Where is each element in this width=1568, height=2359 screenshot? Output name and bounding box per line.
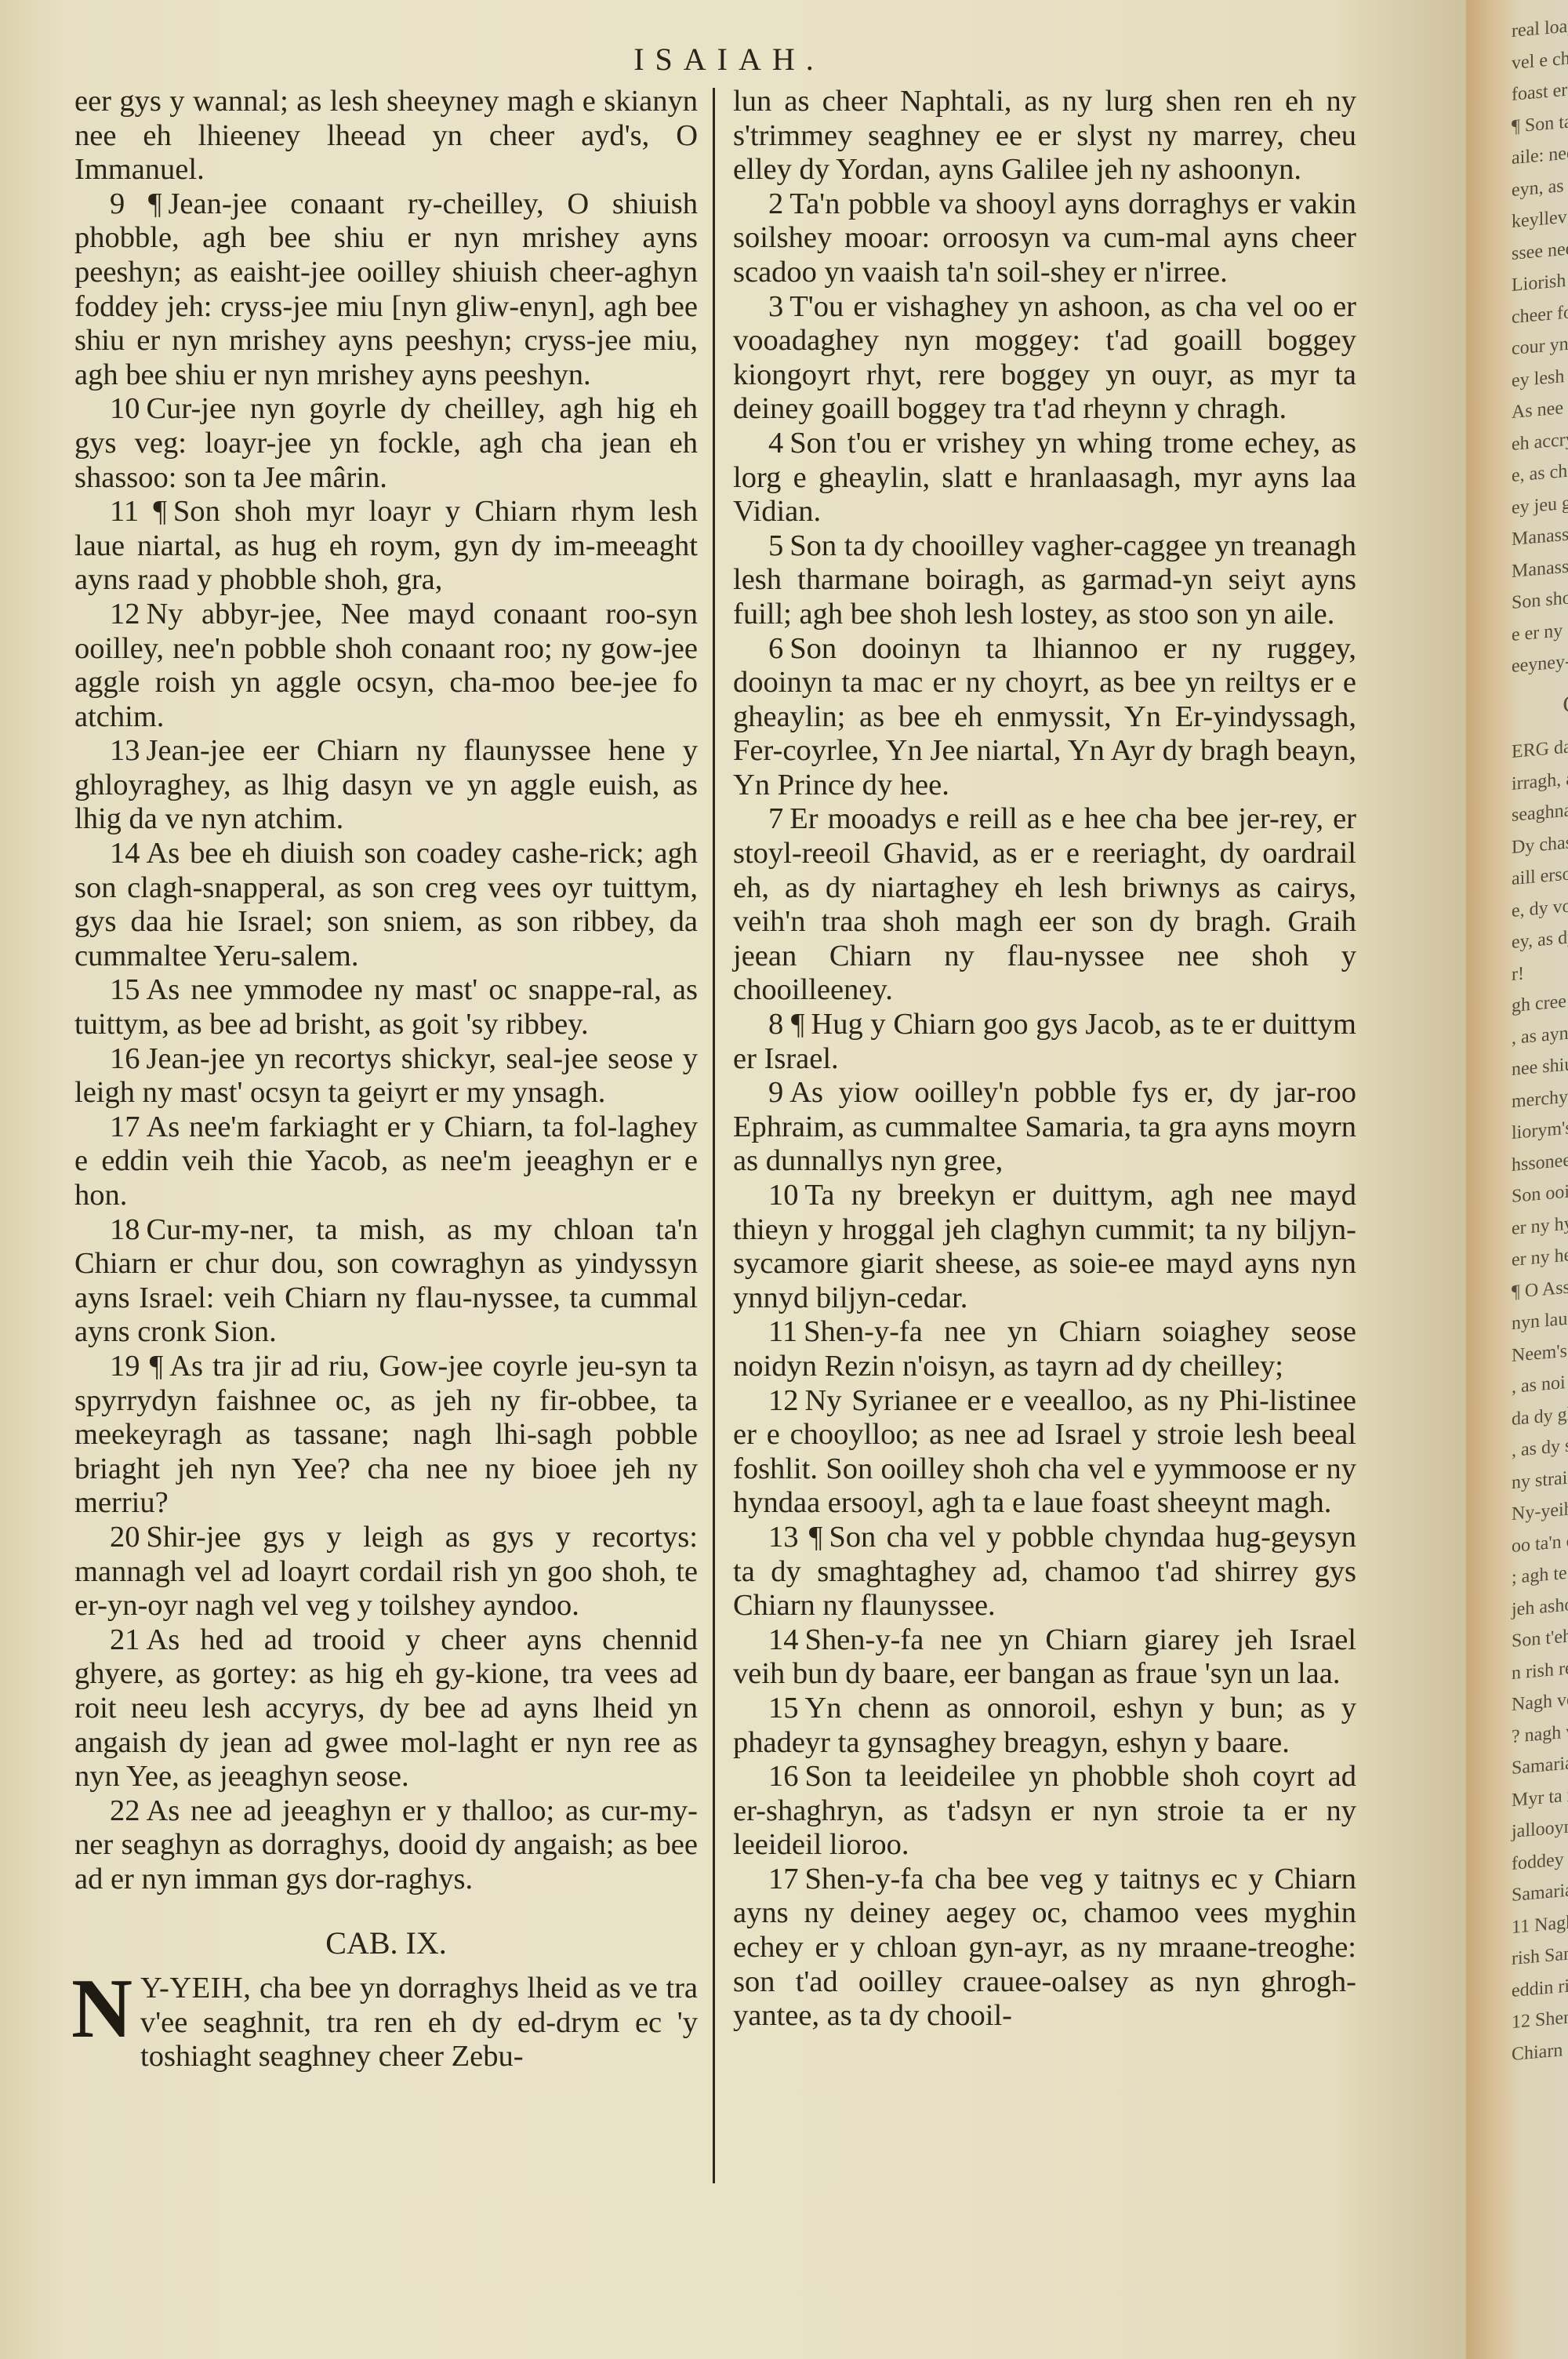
verse: 13 ¶Son cha vel y pobble chyndaa hug-gey… xyxy=(733,1521,1356,1623)
verse: 2Ta'n pobble va shooyl ayns dorraghys er… xyxy=(733,187,1356,290)
verse: 9 ¶Jean-jee conaant ry-cheilley, O shiui… xyxy=(74,187,698,393)
verse: 10Ta ny breekyn er duittym, agh nee mayd… xyxy=(733,1179,1356,1315)
verse-number: 11 ¶ xyxy=(110,495,167,528)
verse-number: 20 xyxy=(110,1521,140,1554)
next-page-chapter-heading: CAB. xyxy=(1512,680,1568,725)
verse-text: Shen-y-fa nee yn Chiarn giarey jeh Israe… xyxy=(733,1623,1356,1691)
verse-number: 5 xyxy=(768,529,783,562)
verse: 14As bee eh diuish son coadey cashe-rick… xyxy=(74,837,698,973)
verse-text: Ny Syrianee er e veealloo, as ny Phi-lis… xyxy=(733,1384,1356,1520)
verse: 9As yiow ooilley'n pobble fys er, dy jar… xyxy=(733,1076,1356,1179)
verse-number: 3 xyxy=(768,290,783,323)
verse-text: Son t'ou er vrishey yn whing trome echey… xyxy=(733,427,1356,528)
verse-text: Hug y Chiarn goo gys Jacob, as te er dui… xyxy=(733,1008,1356,1075)
verse: 8 ¶Hug y Chiarn goo gys Jacob, as te er … xyxy=(733,1008,1356,1076)
verse: 11 ¶Son shoh myr loayr y Chiarn rhym les… xyxy=(74,495,698,598)
verse-text: As yiow ooilley'n pobble fys er, dy jar-… xyxy=(733,1076,1356,1177)
verse: 6Son dooinyn ta lhiannoo er ny ruggey, d… xyxy=(733,632,1356,803)
chapter-heading: CAB. IX. xyxy=(74,1926,698,1961)
chapter-opening: N Y-YEIH, cha bee yn dorraghys lheid as … xyxy=(74,1972,698,2074)
verse: 19 ¶As tra jir ad riu, Gow-jee coyrle je… xyxy=(74,1350,698,1521)
verse-number: 7 xyxy=(768,802,783,835)
verse-text: As nee ad jeeaghyn er y thalloo; as cur-… xyxy=(74,1794,698,1896)
verse-text: As tra jir ad riu, Gow-jee coyrle jeu-sy… xyxy=(74,1350,698,1519)
verse-number: 17 xyxy=(768,1863,799,1896)
verse-number: 19 ¶ xyxy=(110,1350,163,1383)
verse-text: Shir-jee gys y leigh as gys y recortys: … xyxy=(74,1521,698,1622)
verse-number: 9 xyxy=(768,1076,783,1109)
verse-number: 2 xyxy=(768,187,783,220)
verse: 22As nee ad jeeaghyn er y thalloo; as cu… xyxy=(74,1794,698,1897)
verse: 17As nee'm farkiaght er y Chiarn, ta fol… xyxy=(74,1110,698,1213)
verse: 20Shir-jee gys y leigh as gys y recortys… xyxy=(74,1521,698,1623)
verse-text: Cur-my-ner, ta mish, as my chloan ta'n C… xyxy=(74,1213,698,1349)
verse-number: 8 ¶ xyxy=(768,1008,804,1041)
verse-number: 6 xyxy=(768,632,783,665)
verse-text: As nee'm farkiaght er y Chiarn, ta fol-l… xyxy=(74,1110,698,1212)
book-page: ISAIAH. eer gys y wannal; as lesh sheeyn… xyxy=(0,0,1466,2359)
verse-text: Son ta dy chooilley vagher-caggee yn tre… xyxy=(733,529,1356,631)
opening-smallcaps: Y-YEIH, xyxy=(140,1972,251,2005)
running-head: ISAIAH. xyxy=(612,41,847,78)
verse: 4Son t'ou er vrishey yn whing trome eche… xyxy=(733,427,1356,529)
drop-cap: N xyxy=(71,1975,132,2044)
verse: 3T'ou er vishaghey yn ashoon, as cha vel… xyxy=(733,290,1356,427)
verse: 12Ny abbyr-jee, Nee mayd conaant roo-syn… xyxy=(74,598,698,734)
verse: 15As nee ymmodee ny mast' oc snappe-ral,… xyxy=(74,973,698,1041)
verse-number: 18 xyxy=(110,1213,140,1246)
verse-text: Ny abbyr-jee, Nee mayd conaant roo-syn o… xyxy=(74,598,698,733)
verse: 7Er mooadys e reill as e hee cha bee jer… xyxy=(733,802,1356,1008)
next-page-line: real loayrt xyxy=(1512,2,1568,48)
next-page-text: real loayrt vel e chorree chyfoast er ny… xyxy=(1512,2,1568,2070)
verse-number: 12 xyxy=(110,598,140,631)
verse-text: Cur-jee nyn goyrle dy cheilley, agh hig … xyxy=(74,392,698,493)
verse: 15Yn chenn as onnoroil, eshyn y bun; as … xyxy=(733,1692,1356,1760)
verse-number: 22 xyxy=(110,1794,140,1827)
verse-text: T'ou er vishaghey yn ashoon, as cha vel … xyxy=(733,290,1356,426)
verse-text: Jean-jee conaant ry-cheilley, O shiuish … xyxy=(74,187,698,391)
verse: 16Jean-jee yn recortys shickyr, seal-jee… xyxy=(74,1042,698,1110)
verse: 13Jean-jee eer Chiarn ny flaunyssee hene… xyxy=(74,734,698,837)
verse-continuation: lun as cheer Naphtali, as ny lurg shen r… xyxy=(733,85,1356,187)
verse-text: Son shoh myr loayr y Chiarn rhym lesh la… xyxy=(74,495,698,596)
verse-number: 9 ¶ xyxy=(110,187,162,220)
verse: 17Shen-y-fa cha bee veg y taitnys ec y C… xyxy=(733,1863,1356,2034)
verse: 5Son ta dy chooilley vagher-caggee yn tr… xyxy=(733,529,1356,632)
verse-number: 13 xyxy=(110,734,140,767)
verse: 12Ny Syrianee er e veealloo, as ny Phi-l… xyxy=(733,1384,1356,1521)
verse-number: 12 xyxy=(768,1384,799,1417)
right-column: lun as cheer Naphtali, as ny lurg shen r… xyxy=(733,85,1356,2034)
verse-text: Ta ny breekyn er duittym, agh nee mayd t… xyxy=(733,1179,1356,1314)
verse-text: Son cha vel y pobble chyndaa hug-geysyn … xyxy=(733,1521,1356,1622)
verse-number: 16 xyxy=(110,1042,140,1075)
verse-number: 10 xyxy=(110,392,140,425)
verse-text: Yn chenn as onnoroil, eshyn y bun; as y … xyxy=(733,1692,1356,1759)
verse: 11Shen-y-fa nee yn Chiarn soiaghey seose… xyxy=(733,1315,1356,1383)
verse-number: 14 xyxy=(768,1623,799,1656)
verse-text: As nee ymmodee ny mast' oc snappe-ral, a… xyxy=(74,973,698,1041)
verse: 16Son ta leeideilee yn phobble shoh coyr… xyxy=(733,1760,1356,1863)
next-page-edge: real loayrt vel e chorree chyfoast er ny… xyxy=(1466,0,1568,2359)
next-page-line: ERG dauesyn ta xyxy=(1512,723,1568,769)
verse: 10Cur-jee nyn goyrle dy cheilley, agh hi… xyxy=(74,392,698,495)
verse: 14Shen-y-fa nee yn Chiarn giarey jeh Isr… xyxy=(733,1623,1356,1692)
verse-list: 2Ta'n pobble va shooyl ayns dorraghys er… xyxy=(733,187,1356,2034)
left-column: eer gys y wannal; as lesh sheeyney magh … xyxy=(74,85,698,2074)
verse-number: 13 ¶ xyxy=(768,1521,822,1554)
verse: 21As hed ad trooid y cheer ayns chennid … xyxy=(74,1623,698,1794)
verse-text: Son ta leeideilee yn phobble shoh coyrt … xyxy=(733,1760,1356,1861)
verse-text: Shen-y-fa cha bee veg y taitnys ec y Chi… xyxy=(733,1863,1356,2032)
verse-text: Jean-jee yn recortys shickyr, seal-jee s… xyxy=(74,1042,698,1110)
verse-number: 15 xyxy=(110,973,140,1006)
verse-list: 9 ¶Jean-jee conaant ry-cheilley, O shiui… xyxy=(74,187,698,1897)
verse-text: Shen-y-fa nee yn Chiarn soiaghey seose n… xyxy=(733,1315,1356,1383)
verse-number: 17 xyxy=(110,1110,140,1143)
verse-text: As hed ad trooid y cheer ayns chennid gh… xyxy=(74,1623,698,1793)
column-divider xyxy=(713,88,715,2183)
verse-text: Er mooadys e reill as e hee cha bee jer-… xyxy=(733,802,1356,1006)
verse: 18Cur-my-ner, ta mish, as my chloan ta'n… xyxy=(74,1213,698,1350)
verse-number: 4 xyxy=(768,427,783,460)
verse-text: As bee eh diuish son coadey cashe-rick; … xyxy=(74,837,698,972)
verse-number: 10 xyxy=(768,1179,799,1212)
verse-number: 14 xyxy=(110,837,140,870)
verse-number: 21 xyxy=(110,1623,140,1656)
verse-continuation: eer gys y wannal; as lesh sheeyney magh … xyxy=(74,85,698,187)
verse-number: 11 xyxy=(768,1315,797,1348)
verse-text: Jean-jee eer Chiarn ny flaunyssee hene y… xyxy=(74,734,698,835)
verse-number: 16 xyxy=(768,1760,799,1793)
verse-number: 15 xyxy=(768,1692,799,1725)
verse-text: Ta'n pobble va shooyl ayns dorraghys er … xyxy=(733,187,1356,289)
verse-text: Son dooinyn ta lhiannoo er ny ruggey, do… xyxy=(733,632,1356,801)
